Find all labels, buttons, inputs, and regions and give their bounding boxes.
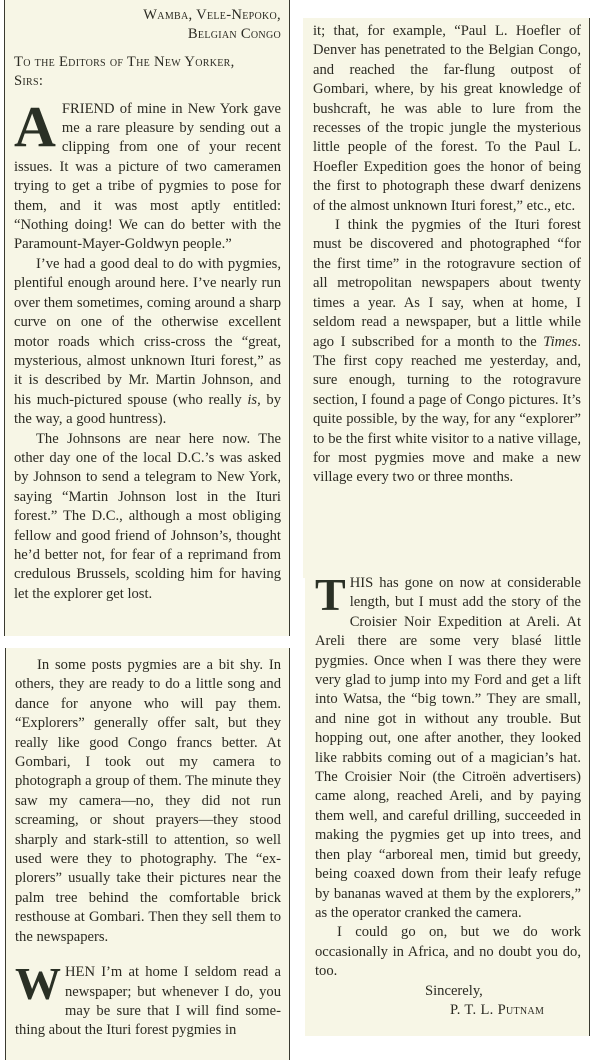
- clipping-panel-right-top: it; that, for example, “Paul L. Hoefler …: [303, 18, 590, 578]
- closing: Sincerely,: [315, 982, 581, 1001]
- drop-cap-a: A: [14, 104, 56, 150]
- clipping-panel-left-top: Wamba, Vele-Nepoko, Belgian Congo To the…: [4, 0, 290, 636]
- salutation-sirs: Sirs:: [14, 72, 281, 91]
- paragraph-1: AFRIEND of mine in New York gave me a ra…: [14, 100, 281, 255]
- signature: P. T. L. Putnam: [315, 1001, 581, 1020]
- dateline-line-1: Wamba, Vele-Nepoko,: [14, 6, 281, 25]
- paragraph-4: In some posts pygmies are a bit shy. In …: [15, 656, 281, 947]
- salutation: To the Editors of The New Yorker,: [14, 53, 281, 72]
- paragraph-6: I think the pygmies of the Ituri forest …: [313, 216, 581, 488]
- clipping-panel-left-bottom: In some posts pygmies are a bit shy. In …: [5, 648, 290, 1060]
- paragraph-3: The Johnsons are near here now. The othe…: [14, 430, 281, 605]
- dateline-line-2: Belgian Congo: [14, 25, 281, 44]
- clipping-panel-right-bottom: THIS has gone on now at consid­erable le…: [305, 568, 590, 1036]
- paragraph-5: WHEN I’m at home I seldom read a newspap…: [15, 963, 281, 1041]
- paragraph-8: I could go on, but we do work occasional…: [315, 923, 581, 981]
- drop-cap-t: T: [315, 576, 346, 614]
- drop-cap-w: W: [15, 965, 61, 1003]
- paragraph-2: I’ve had a good deal to do with pyg­mies…: [14, 255, 281, 430]
- paragraph-5-continued: it; that, for example, “Paul L. Hoefler …: [313, 22, 581, 216]
- paragraph-7: THIS has gone on now at consid­erable le…: [315, 574, 581, 923]
- lead-word: FRIEND: [62, 101, 115, 117]
- lead-word: HIS: [350, 575, 374, 591]
- lead-word: HEN: [65, 964, 95, 980]
